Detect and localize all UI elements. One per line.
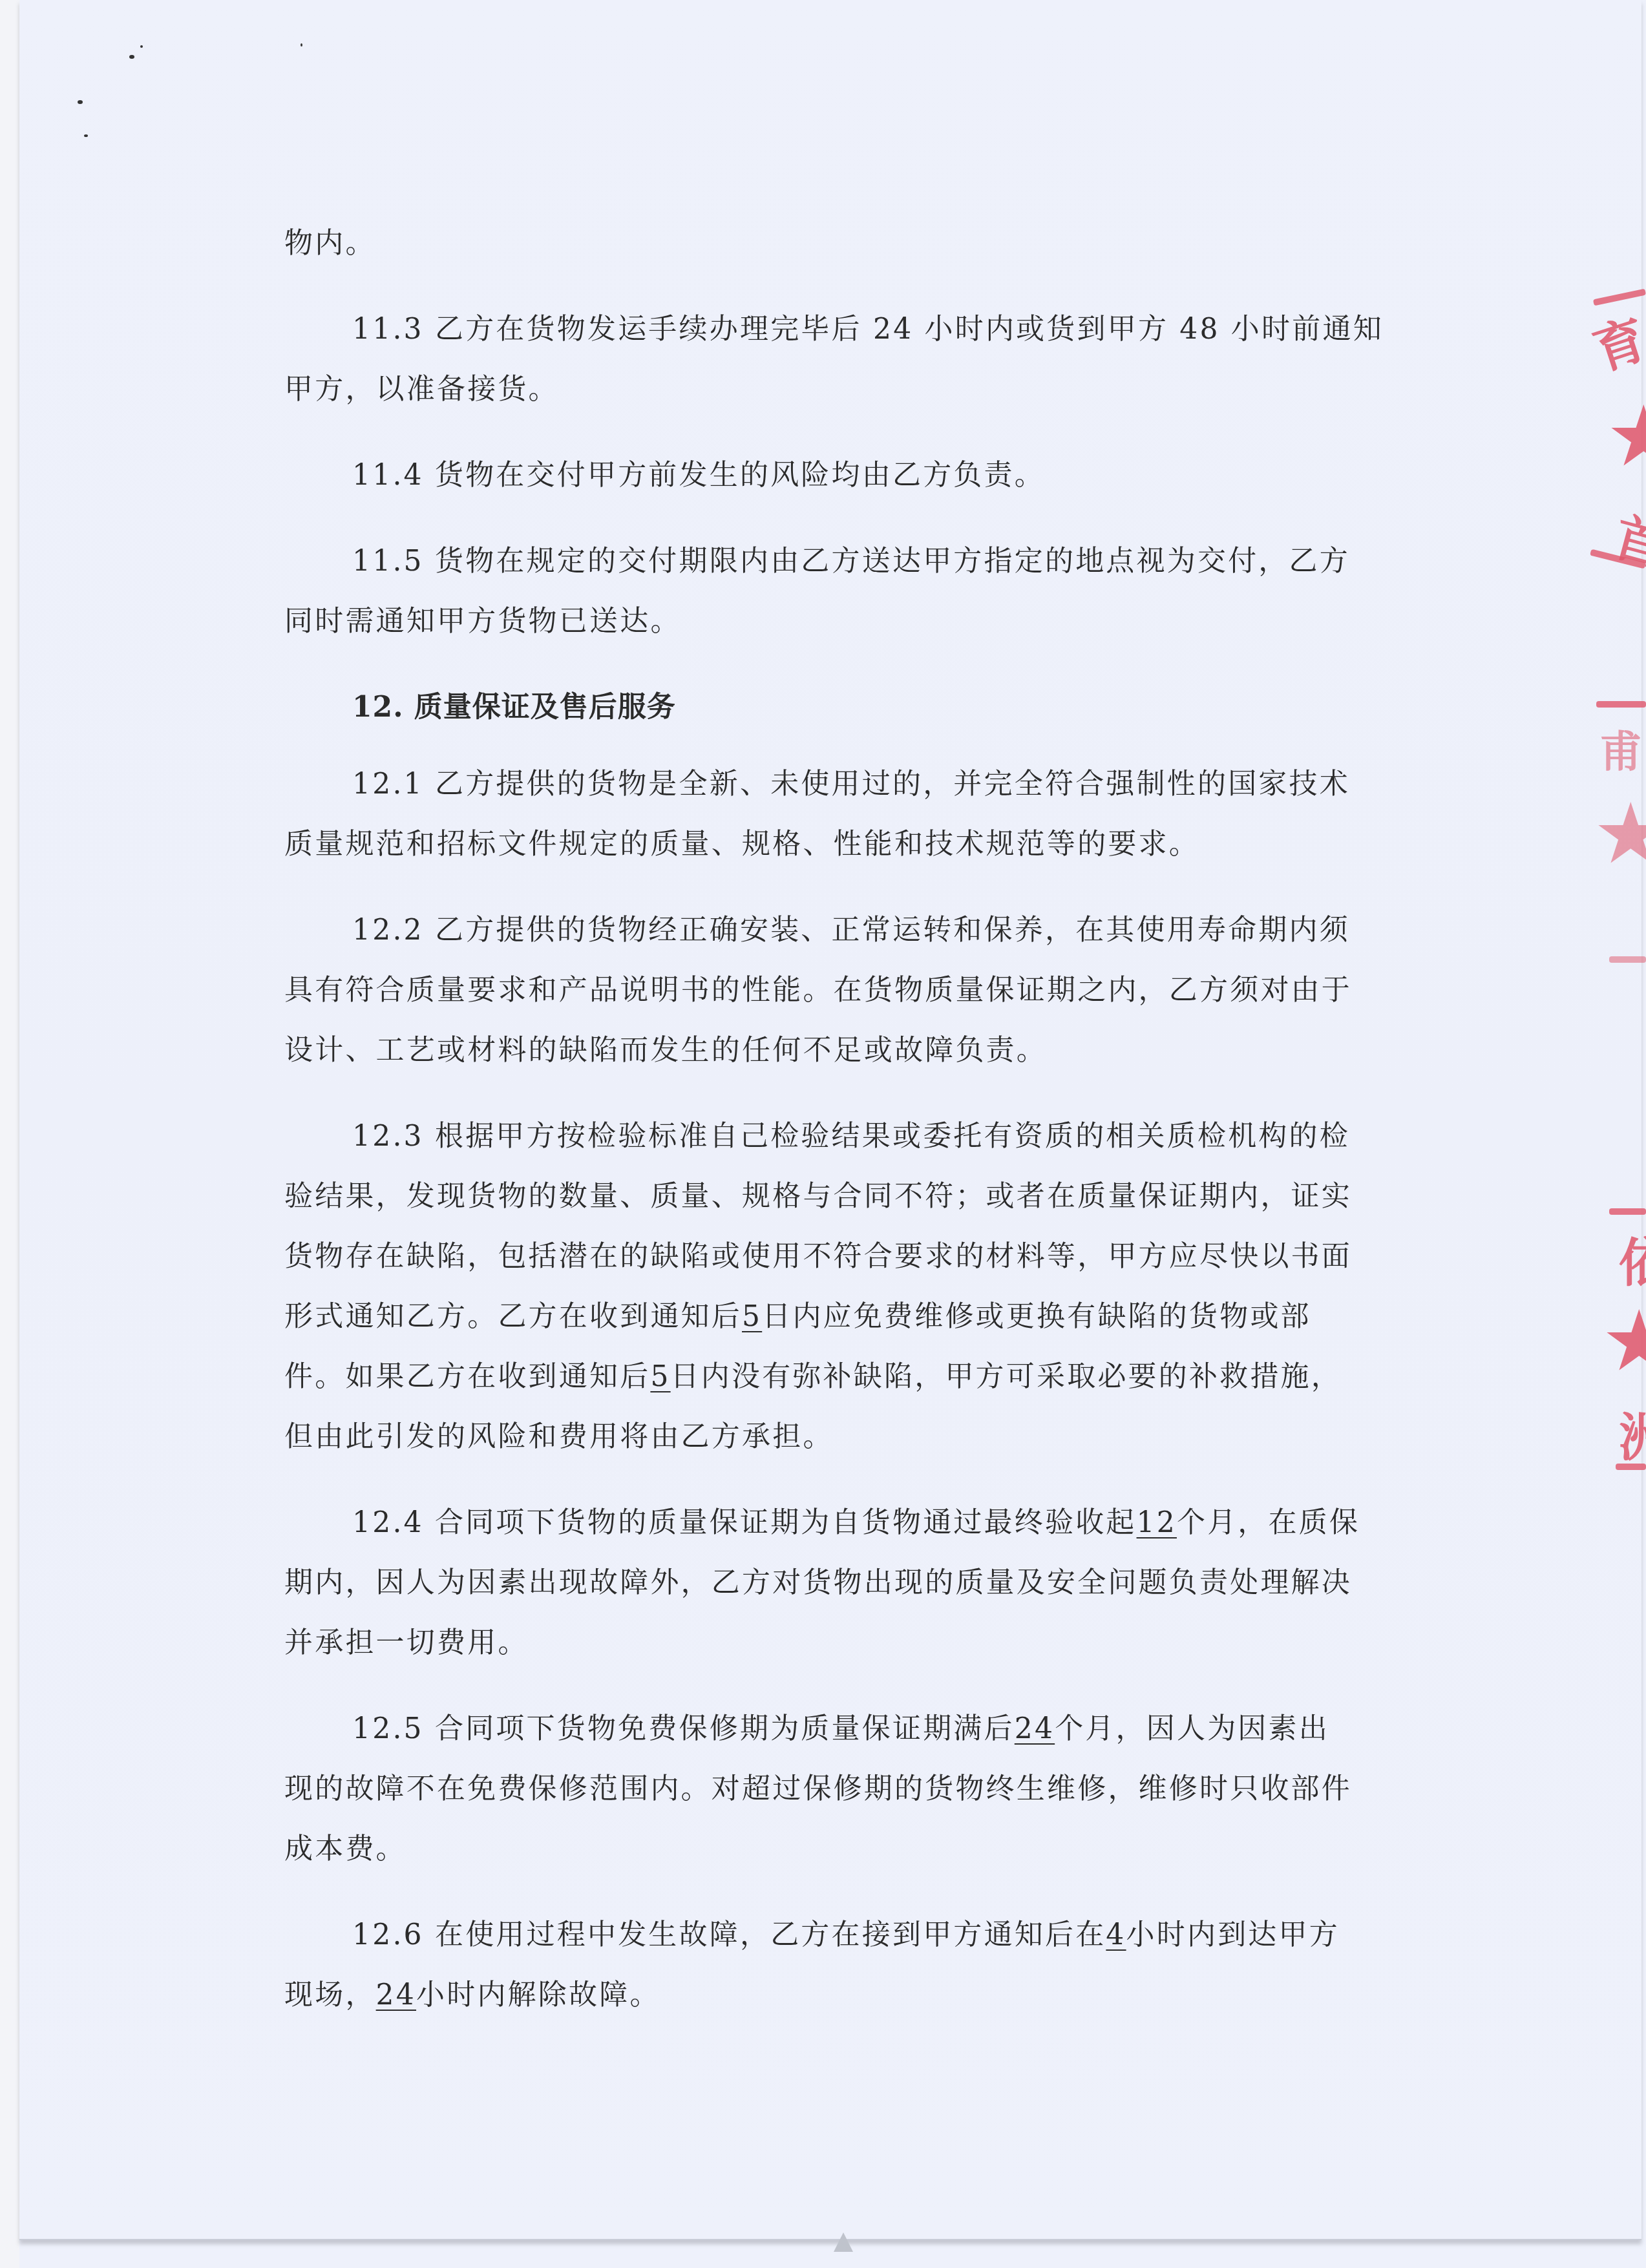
filled-blank-months: 12	[1137, 1506, 1177, 1539]
text-line: 12.4 合同项下货物的质量保证期为自货物通过最终验收起12个月，在质保	[284, 1493, 1412, 1553]
text-line: 同时需通知甲方货物已送达。	[284, 591, 1412, 651]
text-segment: 个月，因人为因素出	[1055, 1712, 1329, 1745]
star-icon: ★	[1606, 394, 1646, 478]
text-line: 成本费。	[284, 1819, 1412, 1879]
clause-12-1: 12.1 乙方提供的货物是全新、未使用过的，并完全符合强制性的国家技术 质量规范…	[284, 754, 1412, 874]
seal-character: 甫	[1599, 717, 1642, 779]
clause-11-3: 11.3 乙方在货物发运手续办理完毕后 24 小时内或货到甲方 48 小时前通知…	[284, 299, 1412, 419]
text-segment: 12.4 合同项下货物的质量保证期为自货物通过最终验收起	[352, 1506, 1137, 1539]
text-line: 形式通知乙方。乙方在收到通知后5日内应免费维修或更换有缺陷的货物或部	[284, 1286, 1412, 1347]
text-line: 12.6 在使用过程中发生故障，乙方在接到甲方通知后在4小时内到达甲方	[284, 1905, 1412, 1965]
scan-speck	[301, 43, 302, 47]
text-line: 物内。	[284, 213, 1412, 273]
text-line: 12.2 乙方提供的货物经正确安装、正常运转和保养，在其使用寿命期内须	[284, 900, 1412, 960]
text-segment: 日内应免费维修或更换有缺陷的货物或部	[762, 1300, 1311, 1333]
text-segment: 日内没有弥补缺陷，甲方可采取必要的补救措施，	[671, 1360, 1342, 1393]
paragraph-continuation: 物内。	[284, 213, 1412, 273]
text-line: 件。如果乙方在收到通知后5日内没有弥补缺陷，甲方可采取必要的补救措施，	[284, 1347, 1412, 1407]
clause-12-3: 12.3 根据甲方按检验标准自己检验结果或委托有资质的相关质检机构的检 验结果，…	[284, 1106, 1412, 1467]
clause-12-6: 12.6 在使用过程中发生故障，乙方在接到甲方通知后在4小时内到达甲方 现场，2…	[284, 1905, 1412, 2025]
filled-blank-hours: 4	[1106, 1918, 1126, 1951]
clause-12-5: 12.5 合同项下货物免费保修期为质量保证期满后24个月，因人为因素出 现的故障…	[284, 1699, 1412, 1879]
scan-speck	[84, 134, 88, 137]
text-line: 现场，24小时内解除故障。	[284, 1965, 1412, 2025]
text-segment: 个月，在质保	[1177, 1506, 1360, 1539]
text-segment: 12.5 合同项下货物免费保修期为质量保证期满后	[352, 1712, 1015, 1745]
seal-character: 洲	[1619, 1396, 1646, 1470]
section-12-heading: 12. 质量保证及售后服务	[284, 677, 1412, 737]
text-line: 验结果，发现货物的数量、质量、规格与合同不符；或者在质量保证期内，证实	[284, 1166, 1412, 1226]
text-line: 甲方，以准备接货。	[284, 359, 1412, 419]
filled-blank-days: 5	[650, 1360, 670, 1393]
paper-tear	[834, 2232, 853, 2252]
filled-blank-months: 24	[1015, 1712, 1055, 1745]
text-line: 11.4 货物在交付甲方前发生的风险均由乙方负责。	[284, 445, 1412, 505]
scan-speck	[129, 55, 134, 59]
text-line: 货物存在缺陷，包括潜在的缺陷或使用不符合要求的材料等，甲方应尽快以书面	[284, 1226, 1412, 1286]
text-segment: 件。如果乙方在收到通知后	[284, 1360, 650, 1393]
scan-speck	[78, 100, 83, 104]
text-line: 设计、工艺或材料的缺陷而发生的任何不足或故障负责。	[284, 1020, 1412, 1080]
scan-speck	[140, 45, 143, 48]
scan-left-margin	[0, 0, 19, 2268]
text-line: 期内，因人为因素出现故障外，乙方对货物出现的质量及安全问题负责处理解决	[284, 1553, 1412, 1613]
text-segment: 形式通知乙方。乙方在收到通知后	[284, 1300, 742, 1333]
section-heading: 12. 质量保证及售后服务	[284, 677, 1412, 737]
clause-11-5: 11.5 货物在规定的交付期限内由乙方送达甲方指定的地点视为交付，乙方 同时需通…	[284, 531, 1412, 651]
text-segment: 现场，	[284, 1979, 376, 2011]
filled-blank-hours: 24	[376, 1979, 416, 2011]
text-line: 具有符合质量要求和产品说明书的性能。在货物质量保证期之内，乙方须对由于	[284, 960, 1412, 1020]
text-line: 11.5 货物在规定的交付期限内由乙方送达甲方指定的地点视为交付，乙方	[284, 531, 1412, 591]
text-line: 12.1 乙方提供的货物是全新、未使用过的，并完全符合强制性的国家技术	[284, 754, 1412, 814]
text-segment: 小时内到达甲方	[1126, 1918, 1340, 1951]
text-line: 并承担一切费用。	[284, 1613, 1412, 1673]
clause-11-4: 11.4 货物在交付甲方前发生的风险均由乙方负责。	[284, 445, 1412, 505]
text-line: 但由此引发的风险和费用将由乙方承担。	[284, 1407, 1412, 1467]
text-segment: 小时内解除故障。	[416, 1979, 660, 2011]
contract-body: 物内。 11.3 乙方在货物发运手续办理完毕后 24 小时内或货到甲方 48 小…	[284, 213, 1412, 2051]
clause-12-2: 12.2 乙方提供的货物经正确安装、正常运转和保养，在其使用寿命期内须 具有符合…	[284, 900, 1412, 1080]
text-line: 现的故障不在免费保修范围内。对超过保修期的货物终生维修，维修时只收部件	[284, 1759, 1412, 1819]
text-segment: 12.6 在使用过程中发生故障，乙方在接到甲方通知后在	[352, 1918, 1106, 1951]
seal-character: 依	[1619, 1221, 1646, 1296]
text-line: 12.3 根据甲方按检验标准自己检验结果或委托有资质的相关质检机构的检	[284, 1106, 1412, 1166]
text-line: 质量规范和招标文件规定的质量、规格、性能和技术规范等的要求。	[284, 814, 1412, 874]
text-line: 12.5 合同项下货物免费保修期为质量保证期满后24个月，因人为因素出	[284, 1699, 1412, 1759]
star-icon: ★	[1601, 1299, 1646, 1383]
clause-12-4: 12.4 合同项下货物的质量保证期为自货物通过最终验收起12个月，在质保 期内，…	[284, 1493, 1412, 1673]
text-line: 11.3 乙方在货物发运手续办理完毕后 24 小时内或货到甲方 48 小时前通知	[284, 299, 1412, 359]
star-icon: ★	[1593, 792, 1646, 876]
filled-blank-days: 5	[742, 1300, 762, 1333]
